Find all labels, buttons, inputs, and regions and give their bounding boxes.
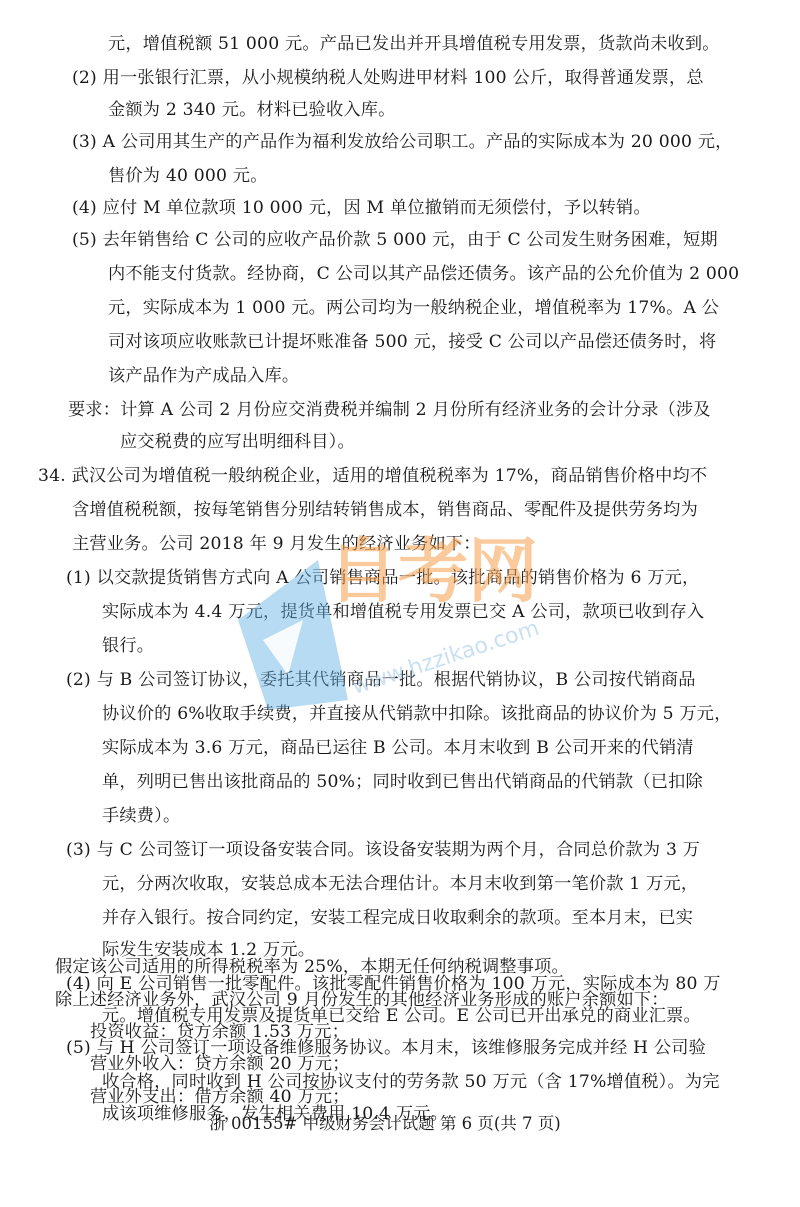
text-line: 含增值税税额，按每笔销售分别结转销售成本，销售商品、零配件及提供劳务均为: [72, 496, 698, 524]
text-line: (2) 用一张银行汇票，从小规模纳税人处购进甲材料 100 公斤，取得普通发票，…: [72, 64, 704, 92]
text-line: 34. 武汉公司为增值税一般纳税企业，适用的增值税税率为 17%，商品销售价格中…: [38, 462, 707, 490]
text-line: (5) 去年销售给 C 公司的应收产品价款 5 000 元，由于 C 公司发生财…: [72, 226, 718, 254]
page-footer: 浙 00155# 中级财务会计试题 第 6 页(共 7 页): [0, 1112, 800, 1136]
text-line: 实际成本为 4.4 万元，提货单和增值税专用发票已交 A 公司，款项已收到存入: [102, 598, 704, 626]
text-line: (2) 与 B 公司签订协议，委托其代销商品一批。根据代销协议，B 公司按代销商…: [66, 666, 696, 694]
text-line: 元，实际成本为 1 000 元。两公司均为一般纳税企业，增值税率为 17%。A …: [108, 294, 719, 322]
footer-text: 浙 00155# 中级财务会计试题 第 6 页(共 7 页): [209, 1114, 560, 1133]
text-line: 除上述经济业务外，武汉公司 9 月份发生的其他经济业务形成的账户余额如下：: [55, 986, 669, 1014]
text-line: (1) 以交款提货销售方式向 A 公司销售商品一批。该批商品的销售价格为 6 万…: [66, 564, 699, 592]
text-line: (3) A 公司用其生产的产品作为福利发放给公司职工。产品的实际成本为 20 0…: [72, 128, 733, 156]
text-line: 金额为 2 340 元。材料已验收入库。: [108, 96, 396, 124]
text-line: (3) 与 C 公司签订一项设备安装合同。该设备安装期为两个月，合同总价款为 3…: [66, 836, 700, 864]
text-line: 银行。: [102, 632, 154, 660]
text-line: 投资收益：贷方余额 1.53 万元；: [90, 1018, 349, 1046]
text-line: 应交税费的应写出明细科目）。: [120, 428, 355, 456]
text-line: 营业外收入：贷方余额 20 万元；: [90, 1050, 350, 1078]
text-line: 假定该公司适用的所得税税率为 25%，本期无任何纳税调整事项。: [55, 953, 569, 981]
text-line: 单，列明已售出该批商品的 50%；同时收到已售出代销商品的代销款（已扣除: [102, 768, 703, 796]
text-line: 售价为 40 000 元。: [108, 162, 268, 190]
text-line: 该产品作为产成品入库。: [108, 362, 299, 390]
text-line: 司对该项应收账款已计提坏账准备 500 元，接受 C 公司以产品偿还债务时，将: [108, 328, 716, 356]
text-line: 并存入银行。按合同约定，安装工程完成日收取剩余的款项。至本月末，已实: [102, 904, 693, 932]
text-line: 协议价的 6%收取手续费，并直接从代销款中扣除。该批商品的协议价为 5 万元，: [102, 700, 732, 728]
text-line: (4) 应付 M 单位款项 10 000 元，因 M 单位撤销而无须偿付，予以转…: [72, 194, 651, 222]
text-line: 实际成本为 3.6 万元，商品已运往 B 公司。本月末收到 B 公司开来的代销清: [102, 734, 694, 762]
text-line: 营业外支出：借方余额 40 万元；: [90, 1083, 350, 1111]
text-line: 元，增值税额 51 000 元。产品已发出并开具增值税专用发票，货款尚未收到。: [108, 30, 720, 58]
text-line: 主营业务。公司 2018 年 9 月发生的经济业务如下：: [72, 530, 481, 558]
text-line: 元，分两次收取，安装总成本无法合理估计。本月末收到第一笔价款 1 万元，: [102, 870, 698, 898]
text-line: 要求：计算 A 公司 2 月份应交消费税并编制 2 月份所有经济业务的会计分录（…: [68, 396, 711, 424]
text-line: 手续费）。: [102, 802, 180, 830]
text-line: 内不能支付货款。经协商，C 公司以其产品偿还债务。该产品的公允价值为 2 000: [108, 260, 739, 288]
exam-page: 元，增值税额 51 000 元。产品已发出并开具增值税专用发票，货款尚未收到。(…: [0, 0, 800, 1207]
